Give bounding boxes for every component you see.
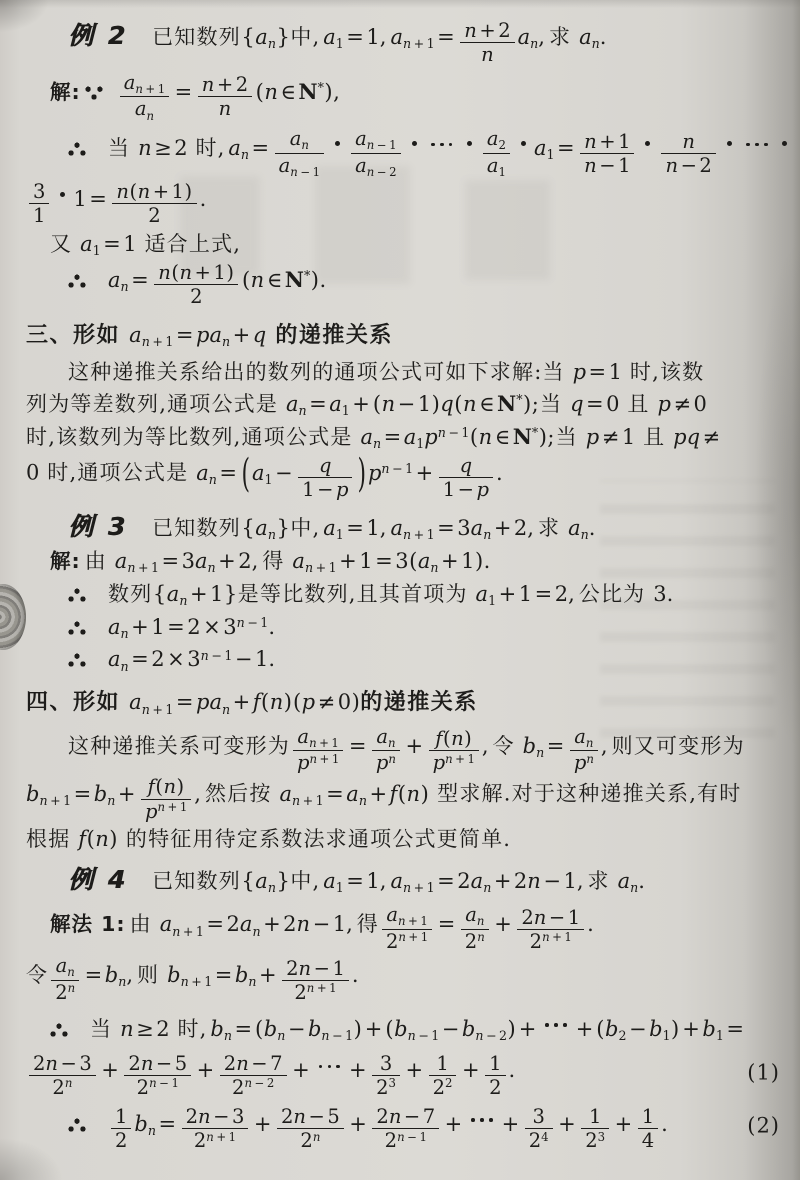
- math-run: bn+1=bn+: [167, 963, 279, 987]
- subscript: 1: [342, 402, 350, 419]
- math-run: {an}: [241, 869, 290, 893]
- math-run: +: [347, 1058, 370, 1082]
- equation-line: 2n−32n+2n−52n−1+2n−72n−2++323+122+12.(1): [26, 1047, 766, 1098]
- subscript: 1: [499, 166, 506, 179]
- fraction: anan−1: [275, 128, 324, 179]
- text-run: ;当: [547, 425, 585, 449]
- superscript: n: [68, 982, 76, 995]
- derivation-step: 当 n≥2 时,an=anan−1an−1an−2a2a1a1=n+1n−1nn…: [68, 125, 766, 178]
- fraction: 2n−32n+1: [182, 1106, 249, 1151]
- solution-step: 解法 1:由 an+1=2an+2n−1,得an+12n+1=an2n+2n−1…: [50, 904, 766, 952]
- because-icon: [85, 86, 103, 100]
- math-run: an+1+1=3(an+1).: [292, 549, 494, 573]
- paragraph-line: 时,该数列为等比数列,通项公式是 an=a1pn−1(n∈N*);当 p≠1 且…: [26, 423, 766, 453]
- numerator: 3: [372, 1053, 400, 1076]
- superscript: n+1: [542, 931, 572, 944]
- text-run: 得: [357, 912, 379, 936]
- math-run: n≥2: [138, 136, 188, 160]
- fraction: n+2n: [198, 74, 252, 119]
- substitution-line: 令an2n=bn,则 bn+1=bn+2n−12n+1.: [26, 955, 766, 1003]
- math-run: ,: [601, 734, 612, 758]
- fraction: an2n: [461, 904, 489, 952]
- math-run: ,: [482, 734, 493, 758]
- math-run: =: [172, 80, 195, 104]
- denominator: pn+1: [429, 751, 479, 773]
- ellipsis-icon: [316, 1047, 342, 1076]
- fraction: 12: [111, 1106, 131, 1151]
- denominator: n−1: [580, 154, 634, 176]
- math-run: an=: [108, 268, 151, 292]
- math-run: a1=: [534, 136, 577, 160]
- math-run: an=a1pn−1(n∈N*): [360, 425, 547, 449]
- denominator: pn: [372, 751, 400, 773]
- math-run: .: [200, 187, 211, 211]
- math-run: p≠0: [657, 392, 706, 416]
- section-4-heading: 四、形如 an+1=pan+f(n)(p≠0)的递推关系: [26, 688, 766, 718]
- math-run: =: [435, 912, 458, 936]
- math-run: bn+1=bn+: [26, 782, 138, 806]
- math-run: an+1=pan+q: [129, 323, 266, 347]
- denominator: 2n+1: [282, 981, 349, 1003]
- fraction: 324: [525, 1106, 553, 1151]
- denominator: 4: [638, 1129, 658, 1151]
- math-run: a1=1: [80, 232, 137, 256]
- example-4-statement: 例 4已知数列{an}中,a1=1,an+1=2an+2n−1,求 an.: [68, 863, 766, 898]
- denominator: 24: [525, 1129, 553, 1151]
- subscript: n+1: [142, 333, 174, 350]
- subscript: n: [430, 559, 438, 576]
- numerator: 2n−3: [182, 1106, 249, 1129]
- fraction: anpn: [570, 726, 598, 774]
- math-run: .: [509, 1058, 520, 1082]
- numerator: n+2: [460, 20, 514, 43]
- subscript: n−2: [475, 1027, 507, 1044]
- subscript: n: [277, 1027, 285, 1044]
- subscript: n+1: [398, 915, 428, 928]
- example-2-statement: 例 2已知数列{an}中,a1=1,an+1=n+2nan,求 an.: [68, 19, 766, 65]
- superscript: n−1: [397, 1131, 427, 1144]
- fraction: an2n: [51, 955, 79, 1003]
- math-run: f(n): [78, 827, 118, 851]
- math-run: {an+1}: [152, 582, 237, 606]
- numerator: 2n−3: [29, 1053, 96, 1076]
- fraction: q1−p: [439, 455, 493, 500]
- therefore-icon: [68, 142, 86, 156]
- math-run: .: [496, 461, 507, 485]
- denominator: 2: [485, 1076, 505, 1098]
- numerator: an+1: [382, 904, 432, 930]
- multiplication-dot-icon: [521, 141, 526, 146]
- fraction: f(n)pn+1: [429, 728, 479, 773]
- fraction: 2n−12n+1: [282, 958, 349, 1003]
- numerator: 1: [111, 1106, 131, 1129]
- heading-text: 的递推关系: [266, 323, 393, 348]
- text-run: 则又可变形为: [612, 734, 745, 758]
- denominator: n: [198, 97, 252, 119]
- subscript: n: [121, 658, 129, 675]
- subscript: n+1: [309, 737, 339, 750]
- text-run: ;当: [532, 392, 570, 416]
- derivation-continuation: 311=n(n+1)2.: [26, 181, 766, 226]
- subscript: n−1: [290, 166, 320, 179]
- fraction: 31: [29, 181, 49, 226]
- numerator: 2n−7: [372, 1106, 439, 1129]
- subscript: n: [586, 737, 594, 750]
- text-run: 又: [50, 232, 80, 256]
- text-run: 列为等差数列,通项公式是: [26, 392, 286, 416]
- text-run: 求: [588, 869, 618, 893]
- math-run: {an}: [241, 25, 290, 49]
- fraction: an−1an−2: [351, 128, 400, 179]
- numerator: 1: [485, 1053, 505, 1076]
- subscript: n: [224, 1027, 232, 1044]
- paragraph-line: 0 时,通项公式是 an=(a1−q1−p)pn−1+q1−p.: [26, 455, 766, 500]
- text-run: 得: [262, 549, 292, 573]
- superscript: n−1: [237, 614, 269, 631]
- math-run: an+1=2an+2n−1,: [160, 912, 357, 936]
- numerator: 2n−1: [517, 907, 584, 930]
- subscript: 1: [93, 242, 101, 259]
- math-run: an=: [196, 461, 239, 485]
- math-run: {an}: [241, 516, 290, 540]
- denominator: 23: [372, 1076, 400, 1098]
- denominator: n: [460, 43, 514, 65]
- text-run: 时,通项公式是: [39, 461, 196, 485]
- subscript: n+1: [305, 559, 337, 576]
- math-run: an.: [579, 25, 610, 49]
- math-run: n≥2: [120, 1017, 170, 1041]
- denominator: 23: [581, 1129, 609, 1151]
- math-run: +: [347, 1112, 370, 1136]
- math-run: p=1: [573, 360, 622, 384]
- subscript: n: [268, 35, 276, 52]
- derivation-step: an+1=2×3n−1.: [68, 613, 766, 643]
- verification-line: 又 a1=1 适合上式,: [50, 230, 766, 260]
- text-run: 当: [108, 136, 138, 160]
- math-run: an.: [618, 869, 649, 893]
- math-run: ,bn=(bn−bn−1)+(bn−1−bn−2)+: [200, 1017, 539, 1041]
- numerator: q: [298, 455, 352, 478]
- text-run: 已知数列: [152, 869, 241, 893]
- subscript: n: [298, 402, 306, 419]
- subscript: n: [121, 625, 129, 642]
- math-run: ,a1=1,an+1=3an+2,: [313, 516, 538, 540]
- fraction: 2n−72n−2: [220, 1053, 287, 1098]
- text-run: 型求解.对于这种递推关系,有时: [429, 782, 741, 806]
- numerator: n(n+1): [154, 262, 238, 285]
- subscript: 1: [336, 879, 344, 896]
- math-run: q=0: [570, 392, 619, 416]
- numerator: n+1: [580, 131, 634, 154]
- ellipsis-icon: [543, 1006, 569, 1035]
- subscript: n: [148, 1122, 156, 1139]
- subscript: 1: [265, 471, 273, 488]
- math-run: 0: [26, 461, 39, 485]
- denominator: 2n: [51, 981, 79, 1003]
- subscript: n: [592, 35, 600, 52]
- numerator: an: [570, 726, 598, 752]
- fraction: an+1pn+1: [293, 726, 343, 774]
- ellipsis-icon: [469, 1101, 495, 1130]
- math-run: +(b2−b1)+b1=: [573, 1017, 746, 1041]
- denominator: 2n−1: [124, 1076, 191, 1098]
- subscript: 1: [336, 35, 344, 52]
- superscript: n: [477, 931, 485, 944]
- denominator: 2n−2: [220, 1076, 287, 1098]
- numerator: an+1: [293, 726, 343, 752]
- denominator: pn+1: [141, 800, 191, 822]
- superscript: n: [388, 753, 396, 766]
- numerator: 2n−7: [220, 1053, 287, 1076]
- subscript: n−1: [367, 139, 397, 152]
- text-run: 且: [635, 425, 673, 449]
- subscript: n+1: [39, 792, 71, 809]
- paragraph-line: 根据 f(n) 的特征用待定系数法求通项公式更简单.: [26, 825, 766, 854]
- fraction: nn−2: [661, 131, 715, 176]
- fraction: q1−p: [298, 455, 352, 500]
- subscript: n: [222, 701, 230, 718]
- math-run: +: [442, 1112, 465, 1136]
- big-paren: (: [241, 449, 250, 503]
- paragraph-line: 这种递推关系可变形为an+1pn+1=anpn+f(n)pn+1,令 bn=an…: [68, 726, 766, 774]
- subscript: n: [248, 973, 256, 990]
- subscript: 1: [547, 146, 555, 163]
- math-run: =: [346, 734, 369, 758]
- numerator: n: [661, 131, 715, 154]
- math-run: ,a1=1,an+1=: [313, 25, 458, 49]
- math-run: pn−1+: [368, 461, 436, 485]
- subscript: 2: [499, 139, 506, 152]
- fraction: anpn: [372, 726, 400, 774]
- multiplication-dot-icon: [467, 141, 472, 146]
- math-run: a1+1=2,: [476, 582, 579, 606]
- math-run: an,: [518, 25, 549, 49]
- denominator: 1: [29, 204, 49, 226]
- math-run: an+1=3an+2,: [115, 549, 263, 573]
- subscript: n: [483, 879, 491, 896]
- numerator: f(n): [141, 776, 191, 799]
- text-run: 当: [90, 1017, 120, 1041]
- example-label: 例 3: [68, 512, 128, 541]
- text-run: 的特征用待定系数法求通项公式更简单.: [118, 827, 511, 851]
- numerator: 1: [638, 1106, 658, 1129]
- text-run: 令: [493, 734, 523, 758]
- subscript: n+1: [172, 923, 204, 940]
- superscript: n+1: [398, 931, 428, 944]
- text-run: 公比为: [579, 582, 653, 606]
- fraction: a2a1: [483, 128, 510, 179]
- denominator: 1−p: [439, 478, 493, 500]
- text-run: 令: [26, 963, 48, 987]
- subscript: n: [268, 526, 276, 543]
- fraction: 323: [372, 1053, 400, 1098]
- fraction: 12: [485, 1053, 505, 1098]
- denominator: an−2: [351, 154, 400, 179]
- multiplication-dot-icon: [412, 141, 417, 146]
- subscript: n: [121, 278, 129, 295]
- subscript: n: [241, 146, 249, 163]
- text-run: 是等比数列,且其首项为: [238, 582, 476, 606]
- paragraph-line: 这种递推关系给出的数列的通项公式可如下求解:当 p=1 时,该数: [68, 358, 766, 387]
- denominator: an−1: [275, 154, 324, 179]
- superscript: n+1: [206, 1131, 236, 1144]
- math-run: +: [459, 1058, 482, 1082]
- derivation-step: 数列{an+1}是等比数列,且其首项为 a1+1=2,公比为 3.: [68, 580, 766, 610]
- superscript: n+1: [307, 982, 337, 995]
- denominator: 2: [111, 1129, 131, 1151]
- subscript: 1: [336, 526, 344, 543]
- text-run: 数列: [108, 582, 152, 606]
- numerator: an+1: [120, 72, 169, 98]
- fraction: an+1an: [120, 72, 169, 123]
- subscript: n+1: [403, 35, 435, 52]
- denominator: pn: [570, 751, 598, 773]
- text-run: 时,该数列为等比数列,通项公式是: [26, 425, 360, 449]
- text-run: 则: [137, 963, 167, 987]
- subscript: 1: [716, 1027, 724, 1044]
- fraction: n(n+1)2: [154, 262, 238, 307]
- math-run: an+1=an+f(n): [279, 782, 429, 806]
- superscript: n+1: [157, 801, 187, 814]
- solution-label: 解:: [50, 549, 81, 573]
- math-run: (n∈N*),: [255, 80, 344, 104]
- solution-step: 解:an+1an=n+2n(n∈N*),: [50, 72, 766, 123]
- math-run: ,a1=1,an+1=2an+2n−1,: [313, 869, 588, 893]
- superscript: n+1: [310, 753, 340, 766]
- denominator: 2n: [29, 1076, 96, 1098]
- example-label: 例 2: [68, 21, 128, 50]
- numerator: an: [51, 955, 79, 981]
- text-run: 时,该数: [622, 360, 704, 384]
- math-run: an+1=2×3n−1.: [108, 615, 279, 639]
- superscript: 3: [389, 1077, 396, 1090]
- fraction: f(n)pn+1: [141, 776, 191, 821]
- math-run: .: [661, 1112, 672, 1136]
- fraction: n+1n−1: [580, 131, 634, 176]
- subscript: n−2: [367, 166, 397, 179]
- equation-line: 12bn=2n−32n+1+2n−52n+2n−72n−1++324+123+1…: [68, 1101, 766, 1152]
- math-run: (n∈N*).: [241, 268, 330, 292]
- superscript: *: [532, 424, 538, 441]
- text-run: 求: [549, 25, 579, 49]
- math-run: +: [290, 1058, 313, 1082]
- text-run: 由: [130, 912, 160, 936]
- numerator: an: [461, 904, 489, 930]
- text-run: 中: [290, 516, 312, 540]
- denominator: a1: [483, 154, 510, 179]
- text-run: 求: [538, 516, 568, 540]
- denominator: 2: [112, 204, 196, 226]
- text-run: 且: [620, 392, 658, 416]
- subscript: n: [301, 139, 309, 152]
- subscript: n: [179, 592, 187, 609]
- paragraph-line: 列为等差数列,通项公式是 an=a1+(n−1)q(n∈N*);当 q=0 且 …: [26, 390, 766, 420]
- numerator: q: [439, 455, 493, 478]
- fraction: 122: [429, 1053, 457, 1098]
- math-run: an=a1+(n−1)q(n∈N*): [286, 392, 532, 416]
- math-run: +: [492, 912, 515, 936]
- subscript: 1: [488, 592, 496, 609]
- superscript: n−2: [244, 1077, 274, 1090]
- superscript: n−1: [149, 1077, 179, 1090]
- therefore-icon: [68, 274, 86, 288]
- subscript: n: [581, 526, 589, 543]
- example-3-statement: 例 3已知数列{an}中,a1=1,an+1=3an+2,求 an.: [68, 510, 766, 545]
- math-run: bn=: [523, 734, 567, 758]
- subscript: 2: [618, 1027, 626, 1044]
- text-run: 然后按: [205, 782, 279, 806]
- math-run: +: [99, 1058, 122, 1082]
- superscript: *: [516, 391, 522, 408]
- section-3-heading: 三、形如 an+1=pan+q 的递推关系: [26, 321, 766, 351]
- subscript: n: [359, 792, 367, 809]
- text-run: 这种递推关系给出的数列的通项公式可如下求解:当: [68, 360, 573, 384]
- numerator: an: [275, 128, 324, 154]
- example-label: 例 4: [68, 865, 128, 894]
- math-run: 3.: [653, 582, 677, 606]
- denominator: 2n: [461, 930, 489, 952]
- superscript: n+1: [445, 753, 475, 766]
- multiplication-dot-icon: [645, 141, 650, 146]
- denominator: 1−p: [298, 478, 352, 500]
- numerator: 1: [581, 1106, 609, 1129]
- numerator: a2: [483, 128, 510, 154]
- superscript: n−1: [201, 647, 233, 664]
- paragraph-line: bn+1=bn+f(n)pn+1,然后按 an+1=an+f(n) 型求解.对于…: [26, 776, 766, 821]
- denominator: 2: [154, 285, 238, 307]
- subscript: n−1: [321, 1027, 353, 1044]
- numerator: an: [372, 726, 400, 752]
- subscript: n: [209, 471, 217, 488]
- fraction: 2n−32n: [29, 1053, 96, 1098]
- scanned-page: 例 2已知数列{an}中,a1=1,an+1=n+2nan,求 an.解:an+…: [0, 0, 800, 1180]
- subscript: n+1: [135, 83, 165, 96]
- therefore-icon: [50, 1023, 68, 1037]
- text-run: 时: [188, 136, 218, 160]
- math-run: =bn,: [82, 963, 137, 987]
- subscript: n: [107, 792, 115, 809]
- denominator: 2n+1: [182, 1129, 249, 1151]
- math-run: pq≠: [673, 425, 723, 449]
- text-run: 适合上式,: [137, 232, 242, 256]
- denominator: an: [120, 97, 169, 122]
- equation-number: (1): [747, 1058, 780, 1087]
- heading-text: 三、形如: [26, 323, 129, 348]
- text-run: 由: [85, 549, 115, 573]
- math-run: an=2×3n−1−1.: [108, 647, 279, 671]
- math-run: p≠1: [586, 425, 635, 449]
- math-run: ,: [194, 782, 205, 806]
- subscript: n−1: [408, 1027, 440, 1044]
- subscript: n: [268, 879, 276, 896]
- superscript: n: [313, 1131, 321, 1144]
- subscript: n: [67, 966, 75, 979]
- superscript: *: [318, 79, 324, 96]
- numerator: an−1: [351, 128, 400, 154]
- subscript: n: [222, 333, 230, 350]
- solution-label: 解:: [50, 80, 81, 104]
- subscript: n+1: [181, 973, 213, 990]
- superscript: n: [586, 753, 594, 766]
- text-run: 中: [290, 869, 312, 893]
- subscript: n+1: [127, 559, 159, 576]
- page-content: 例 2已知数列{an}中,a1=1,an+1=n+2nan,求 an.解:an+…: [0, 0, 800, 1151]
- solution-step: 解:由 an+1=3an+2,得 an+1+1=3(an+1).: [50, 547, 766, 577]
- math-run: bn=: [134, 1112, 178, 1136]
- numerator: n(n+1): [112, 181, 196, 204]
- math-run: a1−: [252, 461, 295, 485]
- therefore-icon: [68, 588, 86, 602]
